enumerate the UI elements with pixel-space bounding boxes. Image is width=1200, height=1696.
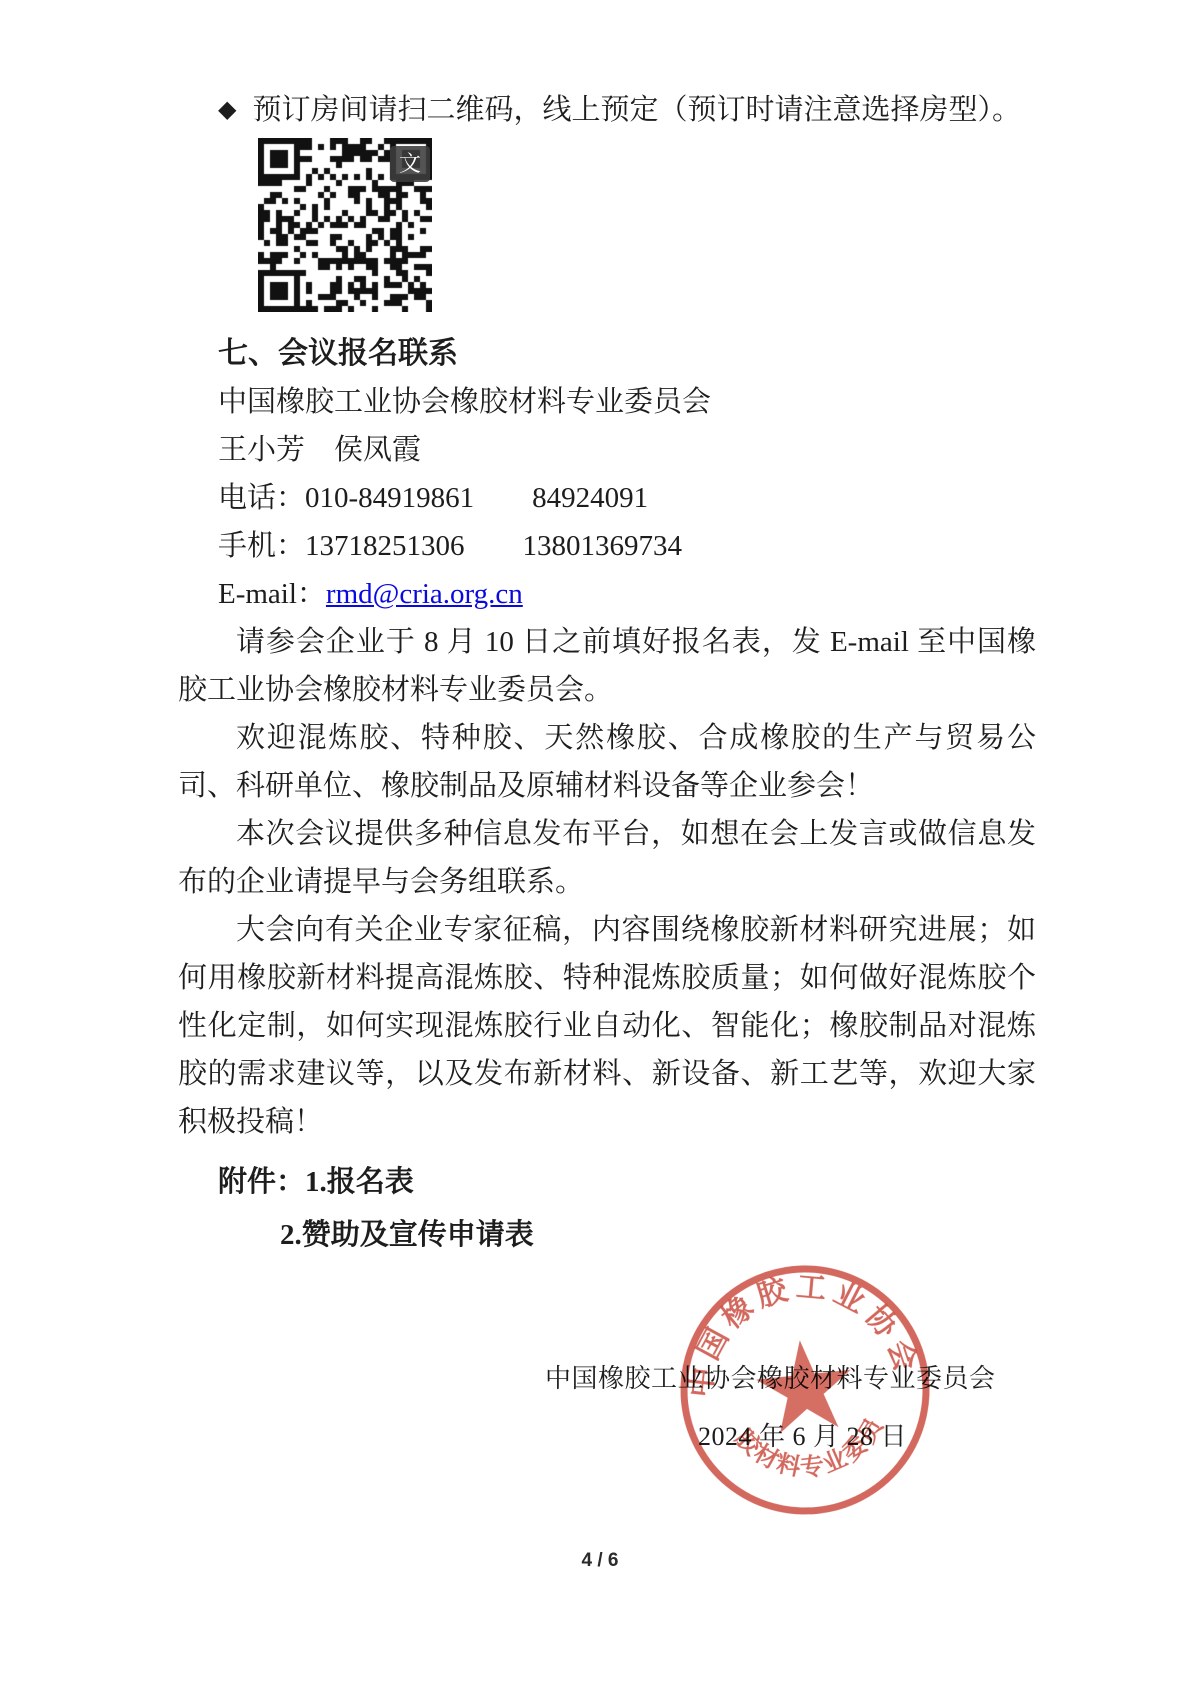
section-heading: 七、会议报名联系 <box>218 330 1036 378</box>
phone-line: 电话：010-84919861 84924091 <box>218 474 1036 522</box>
email-line: E-mail：rmd@cria.org.cn <box>218 570 1036 618</box>
attachment-line-1: 附件：1.报名表 <box>218 1158 1036 1206</box>
stamp-star-icon <box>752 1335 856 1435</box>
document-content: ◆ 预订房间请扫二维码，线上预定（预订时请注意选择房型）。 文 七、会议报名联系… <box>178 86 1036 1259</box>
paragraph-registration: 请参会企业于 8 月 10 日之前填好报名表，发 E-mail 至中国橡胶工业协… <box>178 618 1036 714</box>
diamond-bullet-icon: ◆ <box>218 86 236 134</box>
official-seal-stamp: 中国橡胶工业协会 橡胶材料专业委员会 <box>657 1242 954 1539</box>
committee-name-line: 中国橡胶工业协会橡胶材料专业委员会 <box>218 378 1036 426</box>
document-page: ◆ 预订房间请扫二维码，线上预定（预订时请注意选择房型）。 文 七、会议报名联系… <box>0 0 1200 1696</box>
qr-watermark-icon: 文 <box>390 146 430 182</box>
email-label: E-mail： <box>218 578 326 610</box>
mobile-line: 手机：13718251306 13801369734 <box>218 522 1036 570</box>
paragraph-platform: 本次会议提供多种信息发布平台，如想在会上发言或做信息发布的企业请提早与会务组联系… <box>178 810 1036 906</box>
booking-bullet-line: ◆ 预订房间请扫二维码，线上预定（预订时请注意选择房型）。 <box>178 86 1036 134</box>
paragraph-call-for-papers: 大会向有关企业专家征稿，内容围绕橡胶新材料研究进展；如何用橡胶新材料提高混炼胶、… <box>178 906 1036 1146</box>
booking-instruction-text: 预订房间请扫二维码，线上预定（预订时请注意选择房型）。 <box>252 86 1021 134</box>
page-number: 4 / 6 <box>0 1550 1200 1572</box>
email-link[interactable]: rmd@cria.org.cn <box>326 578 523 610</box>
contact-persons-line: 王小芳 侯凤霞 <box>218 426 1036 474</box>
booking-qr-block: 文 <box>258 138 432 312</box>
paragraph-welcome: 欢迎混炼胶、特种胶、天然橡胶、合成橡胶的生产与贸易公司、科研单位、橡胶制品及原辅… <box>178 714 1036 810</box>
